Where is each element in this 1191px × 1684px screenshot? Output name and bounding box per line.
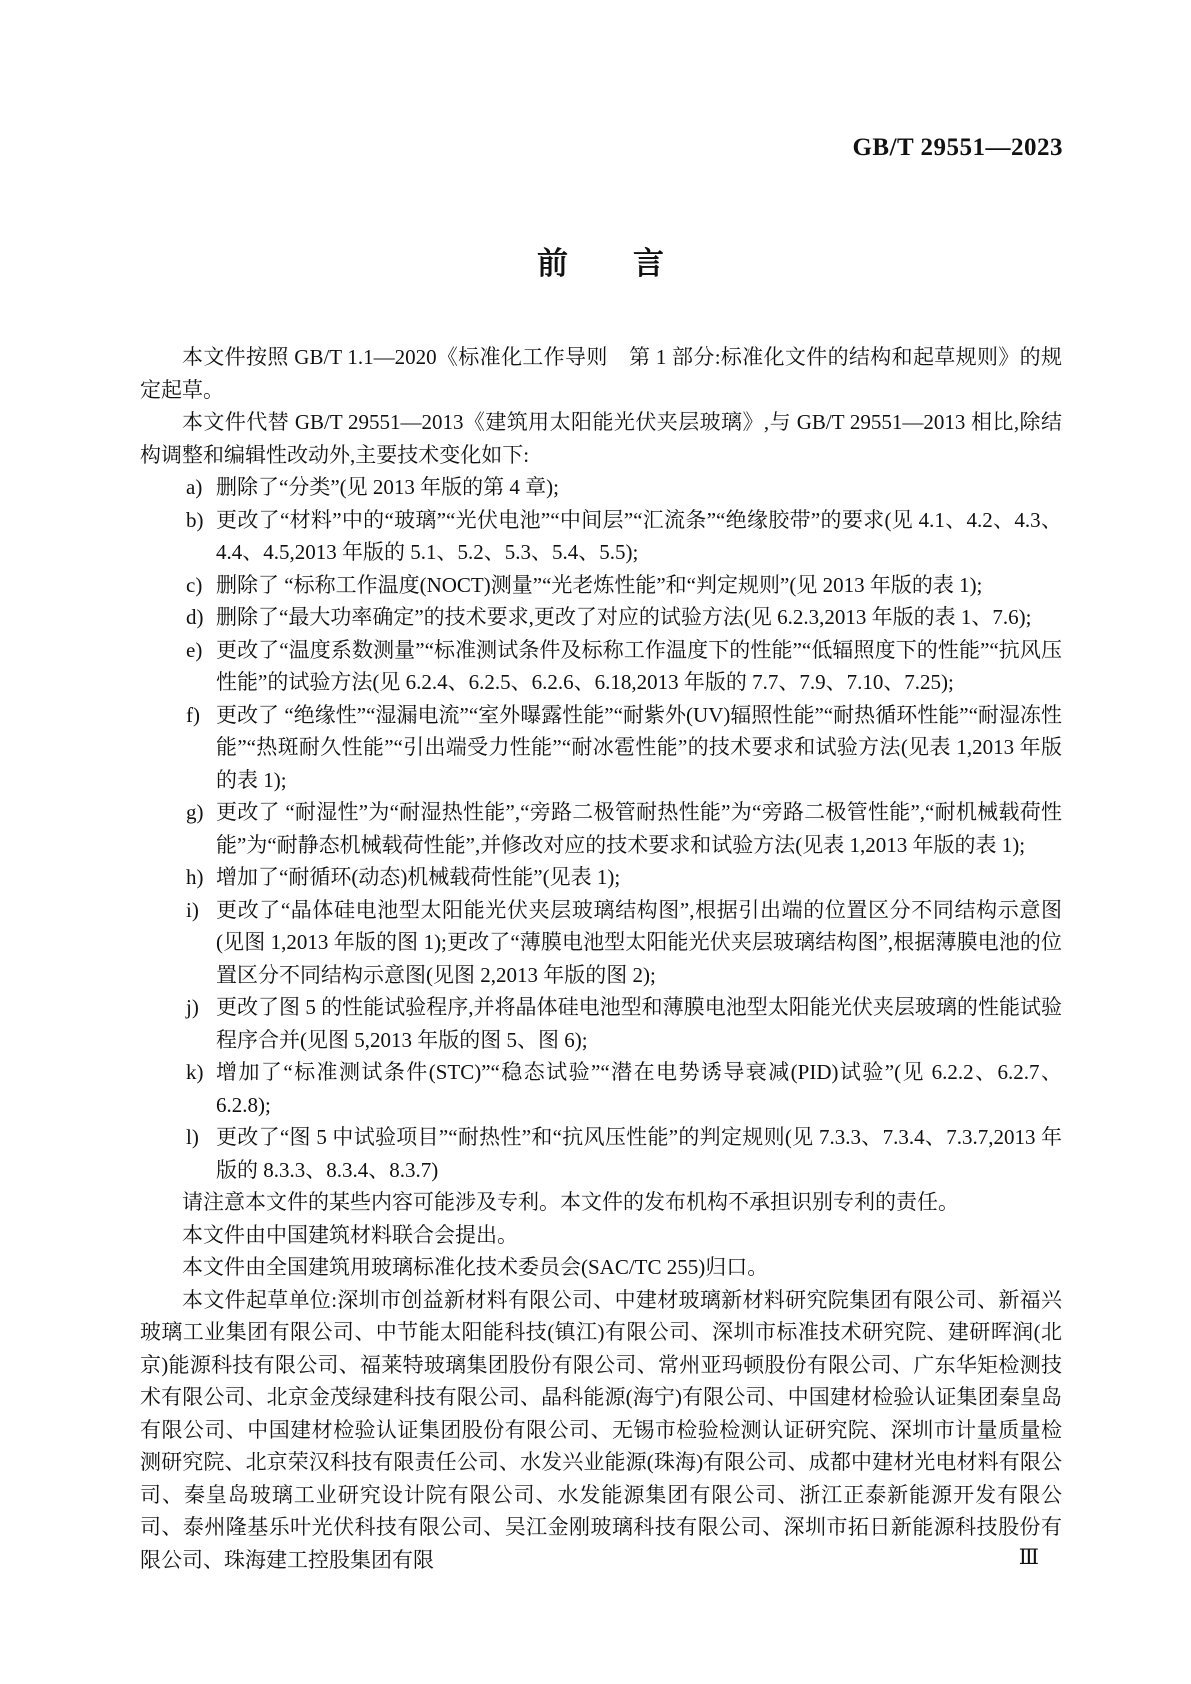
- change-item-l: l) 更改了“图 5 中试验项目”“耐热性”和“抗风压性能”的判定规则(见 7.…: [140, 1121, 1062, 1186]
- change-item-text: 更改了“材料”中的“玻璃”“光伏电池”“中间层”“汇流条”“绝缘胶带”的要求(见…: [216, 508, 1062, 565]
- closing-paragraph-drafters: 本文件起草单位:深圳市创益新材料有限公司、中建材玻璃新材料研究院集团有限公司、新…: [140, 1284, 1062, 1577]
- change-item-j: j) 更改了图 5 的性能试验程序,并将晶体硅电池型和薄膜电池型太阳能光伏夹层玻…: [140, 991, 1062, 1056]
- change-item-i: i) 更改了“晶体硅电池型太阳能光伏夹层玻璃结构图”,根据引出端的位置区分不同结…: [140, 894, 1062, 992]
- closing-paragraph-committee: 本文件由全国建筑用玻璃标准化技术委员会(SAC/TC 255)归口。: [140, 1251, 1062, 1284]
- change-item-label: b): [186, 504, 204, 537]
- intro-paragraph-replacement: 本文件代替 GB/T 29551—2013《建筑用太阳能光伏夹层玻璃》,与 GB…: [140, 406, 1062, 471]
- change-item-text: 更改了 “耐湿性”为“耐湿热性能”,“旁路二极管耐热性能”为“旁路二极管性能”,…: [216, 800, 1062, 857]
- change-item-c: c) 删除了 “标称工作温度(NOCT)测量”“光老炼性能”和“判定规则”(见 …: [140, 569, 1062, 602]
- change-item-label: e): [186, 634, 202, 667]
- page-number: Ⅲ: [1019, 1545, 1039, 1570]
- change-item-label: k): [186, 1056, 204, 1089]
- change-item-text: 更改了“晶体硅电池型太阳能光伏夹层玻璃结构图”,根据引出端的位置区分不同结构示意…: [216, 898, 1062, 987]
- change-item-g: g) 更改了 “耐湿性”为“耐湿热性能”,“旁路二极管耐热性能”为“旁路二极管性…: [140, 796, 1062, 861]
- change-item-f: f) 更改了 “绝缘性”“湿漏电流”“室外曝露性能”“耐紫外(UV)辐照性能”“…: [140, 699, 1062, 797]
- change-item-a: a) 删除了“分类”(见 2013 年版的第 4 章);: [140, 471, 1062, 504]
- change-item-label: f): [186, 699, 200, 732]
- change-item-label: a): [186, 471, 202, 504]
- foreword-title: 前 言: [140, 238, 1062, 283]
- change-item-text: 更改了“温度系数测量”“标准测试条件及标称工作温度下的性能”“低辐照度下的性能”…: [216, 638, 1062, 695]
- change-item-text: 增加了“标准测试条件(STC)”“稳态试验”“潜在电势诱导衰减(PID)试验”(…: [216, 1060, 1062, 1117]
- change-item-k: k) 增加了“标准测试条件(STC)”“稳态试验”“潜在电势诱导衰减(PID)试…: [140, 1056, 1062, 1121]
- change-item-text: 增加了“耐循环(动态)机械载荷性能”(见表 1);: [216, 865, 620, 889]
- change-item-label: j): [186, 991, 199, 1024]
- change-item-d: d) 删除了“最大功率确定”的技术要求,更改了对应的试验方法(见 6.2.3,2…: [140, 601, 1062, 634]
- technical-changes-list: a) 删除了“分类”(见 2013 年版的第 4 章); b) 更改了“材料”中…: [140, 471, 1062, 1186]
- closing-paragraph-patent: 请注意本文件的某些内容可能涉及专利。本文件的发布机构不承担识别专利的责任。: [140, 1186, 1062, 1219]
- change-item-label: i): [186, 894, 199, 927]
- foreword-body: 本文件按照 GB/T 1.1—2020《标准化工作导则 第 1 部分:标准化文件…: [140, 341, 1062, 1576]
- intro-paragraph-basis: 本文件按照 GB/T 1.1—2020《标准化工作导则 第 1 部分:标准化文件…: [140, 341, 1062, 406]
- change-item-label: g): [186, 796, 204, 829]
- change-item-label: d): [186, 601, 204, 634]
- closing-paragraph-proposer: 本文件由中国建筑材料联合会提出。: [140, 1219, 1062, 1252]
- change-item-b: b) 更改了“材料”中的“玻璃”“光伏电池”“中间层”“汇流条”“绝缘胶带”的要…: [140, 504, 1062, 569]
- change-item-e: e) 更改了“温度系数测量”“标准测试条件及标称工作温度下的性能”“低辐照度下的…: [140, 634, 1062, 699]
- change-item-h: h) 增加了“耐循环(动态)机械载荷性能”(见表 1);: [140, 861, 1062, 894]
- change-item-text: 删除了“最大功率确定”的技术要求,更改了对应的试验方法(见 6.2.3,2013…: [216, 605, 1031, 629]
- change-item-label: l): [186, 1121, 199, 1154]
- change-item-text: 更改了图 5 的性能试验程序,并将晶体硅电池型和薄膜电池型太阳能光伏夹层玻璃的性…: [216, 995, 1062, 1052]
- change-item-text: 更改了 “绝缘性”“湿漏电流”“室外曝露性能”“耐紫外(UV)辐照性能”“耐热循…: [216, 703, 1062, 792]
- document-page: GB/T 29551—2023 前 言 本文件按照 GB/T 1.1—2020《…: [0, 0, 1191, 1684]
- standard-code: GB/T 29551—2023: [852, 134, 1063, 162]
- change-item-label: c): [186, 569, 202, 602]
- change-item-text: 删除了 “标称工作温度(NOCT)测量”“光老炼性能”和“判定规则”(见 201…: [216, 573, 982, 597]
- change-item-label: h): [186, 861, 204, 894]
- change-item-text: 删除了“分类”(见 2013 年版的第 4 章);: [216, 475, 559, 499]
- change-item-text: 更改了“图 5 中试验项目”“耐热性”和“抗风压性能”的判定规则(见 7.3.3…: [216, 1125, 1062, 1182]
